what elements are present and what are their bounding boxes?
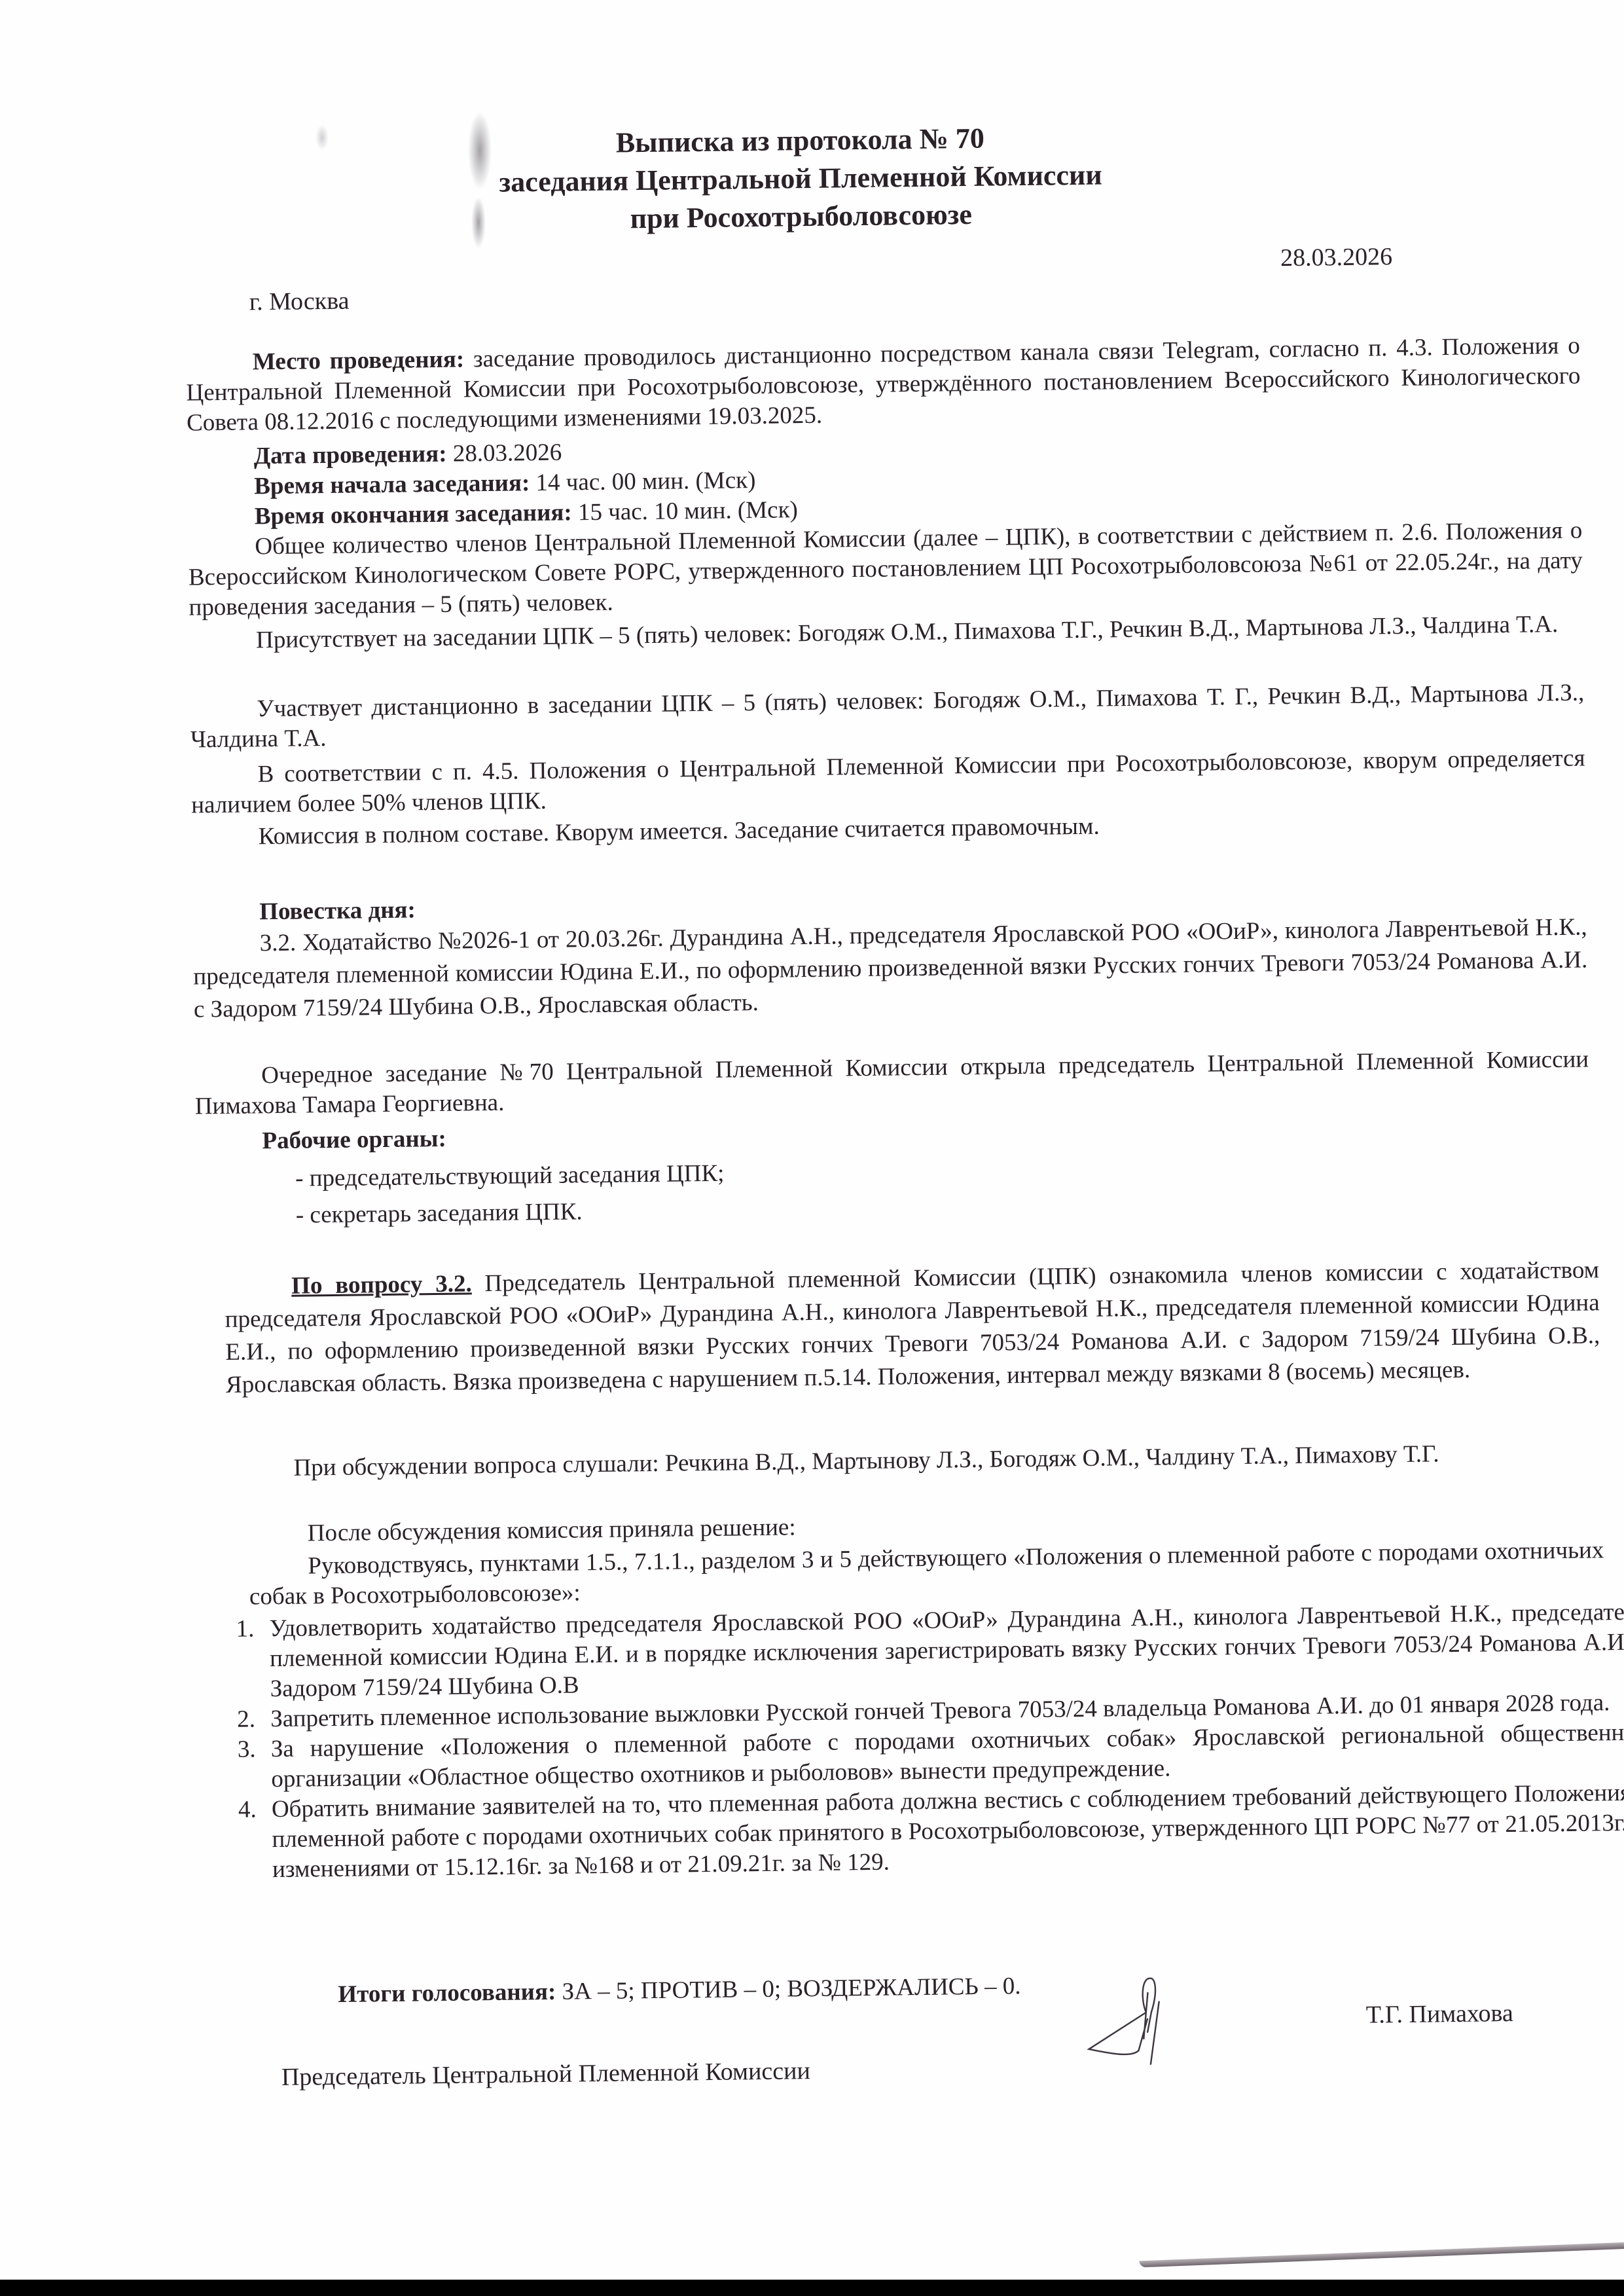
document-title: Выписка из протокола № 70 заседания Цент…	[0, 112, 1614, 246]
signature-image	[1084, 1972, 1229, 2066]
end-time-value: 15 час. 10 мин. (Мск)	[571, 496, 798, 526]
meeting-date-value: 28.03.2026	[446, 439, 562, 467]
opening-paragraph: Очередное заседание №70 Центральной Плем…	[194, 1044, 1589, 1121]
document-body: Выписка из протокола № 70 заседания Цент…	[0, 0, 1624, 2278]
signer-name: Т.Г. Пимахова	[1366, 1998, 1513, 2030]
decision-item: Удовлетворить ходатайство председателя Я…	[260, 1597, 1624, 1704]
working-body-item: - секретарь заседания ЦПК.	[296, 1197, 583, 1230]
start-time-label: Время начала заседания:	[254, 469, 530, 500]
working-bodies-heading: Рабочие органы:	[262, 1125, 446, 1154]
decisions-list: Удовлетворить ходатайство председателя Я…	[222, 1597, 1624, 1886]
scanned-page: Выписка из протокола № 70 заседания Цент…	[0, 0, 1624, 2278]
venue-label: Место проведения:	[253, 346, 465, 375]
question-paragraph: По вопросу 3.2. Председатель Центральной…	[225, 1254, 1600, 1402]
remote-paragraph: Участвует дистанционно в заседании ЦПК –…	[190, 678, 1585, 756]
discussion-paragraph: При обсуждении вопроса слушали: Речкина …	[226, 1437, 1601, 1484]
document-date: 28.03.2026	[1280, 242, 1393, 273]
start-time-value: 14 час. 00 мин. (Мск)	[530, 467, 756, 496]
scanner-border	[0, 2280, 1624, 2296]
question-label: По вопросу 3.2.	[291, 1270, 472, 1299]
agenda-heading: Повестка дня:	[259, 896, 416, 925]
end-time-label: Время окончания заседания:	[255, 499, 572, 530]
city: г. Москва	[249, 286, 350, 318]
agenda-item: 3.2. Ходатайство №2026-1 от 20.03.26г. Д…	[192, 911, 1588, 1027]
decision-item: Обратить внимание заявителей на то, что …	[262, 1777, 1624, 1885]
venue-paragraph: Место проведения: заседание проводилось …	[186, 331, 1581, 439]
total-members-paragraph: Общее количество членов Центральной Плем…	[188, 516, 1583, 623]
working-body-item: - председательствующий заседания ЦПК;	[295, 1159, 725, 1194]
signer-title: Председатель Центральной Племенной Комис…	[281, 2056, 810, 2092]
vote-value: ЗА – 5; ПРОТИВ – 0; ВОЗДЕРЖАЛИСЬ – 0.	[556, 1973, 1021, 2005]
meeting-date-label: Дата проведения:	[253, 441, 446, 470]
vote-label: Итоги голосования:	[338, 1978, 556, 2008]
